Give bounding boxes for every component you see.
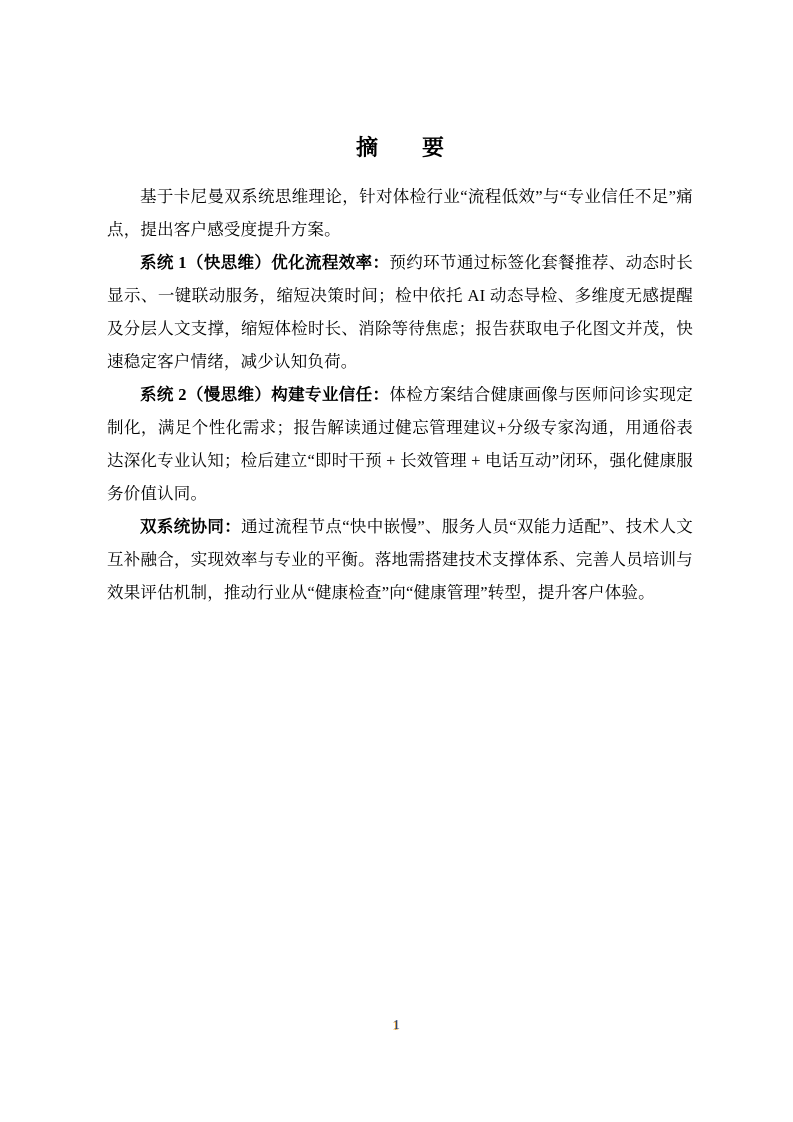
paragraph: 基于卡尼曼双系统思维理论，针对体检行业“流程低效”与“专业信任不足”痛点，提出客… bbox=[107, 180, 693, 246]
paragraph-lead: 双系统协同： bbox=[140, 517, 241, 536]
paragraph-lead: 系统 1（快思维）优化流程效率： bbox=[140, 253, 389, 272]
paragraph-body: 基于卡尼曼双系统思维理论，针对体检行业“流程低效”与“专业信任不足”痛点，提出客… bbox=[107, 187, 693, 239]
paragraph: 系统 1（快思维）优化流程效率：预约环节通过标签化套餐推荐、动态时长显示、一键联… bbox=[107, 246, 693, 378]
page-number: 1 bbox=[392, 1017, 401, 1035]
abstract-content: 摘 要 基于卡尼曼双系统思维理论，针对体检行业“流程低效”与“专业信任不足”痛点… bbox=[107, 132, 693, 609]
paragraph: 系统 2（慢思维）构建专业信任：体检方案结合健康画像与医师问诊实现定制化，满足个… bbox=[107, 378, 693, 510]
paragraph: 双系统协同：通过流程节点“快中嵌慢”、服务人员“双能力适配”、技术人文互补融合，… bbox=[107, 510, 693, 609]
paragraph-lead: 系统 2（慢思维）构建专业信任： bbox=[140, 385, 389, 404]
abstract-title: 摘 要 bbox=[107, 132, 693, 164]
page-footer: 1 bbox=[0, 1016, 793, 1035]
document-page: 摘 要 基于卡尼曼双系统思维理论，针对体检行业“流程低效”与“专业信任不足”痛点… bbox=[0, 0, 793, 1122]
